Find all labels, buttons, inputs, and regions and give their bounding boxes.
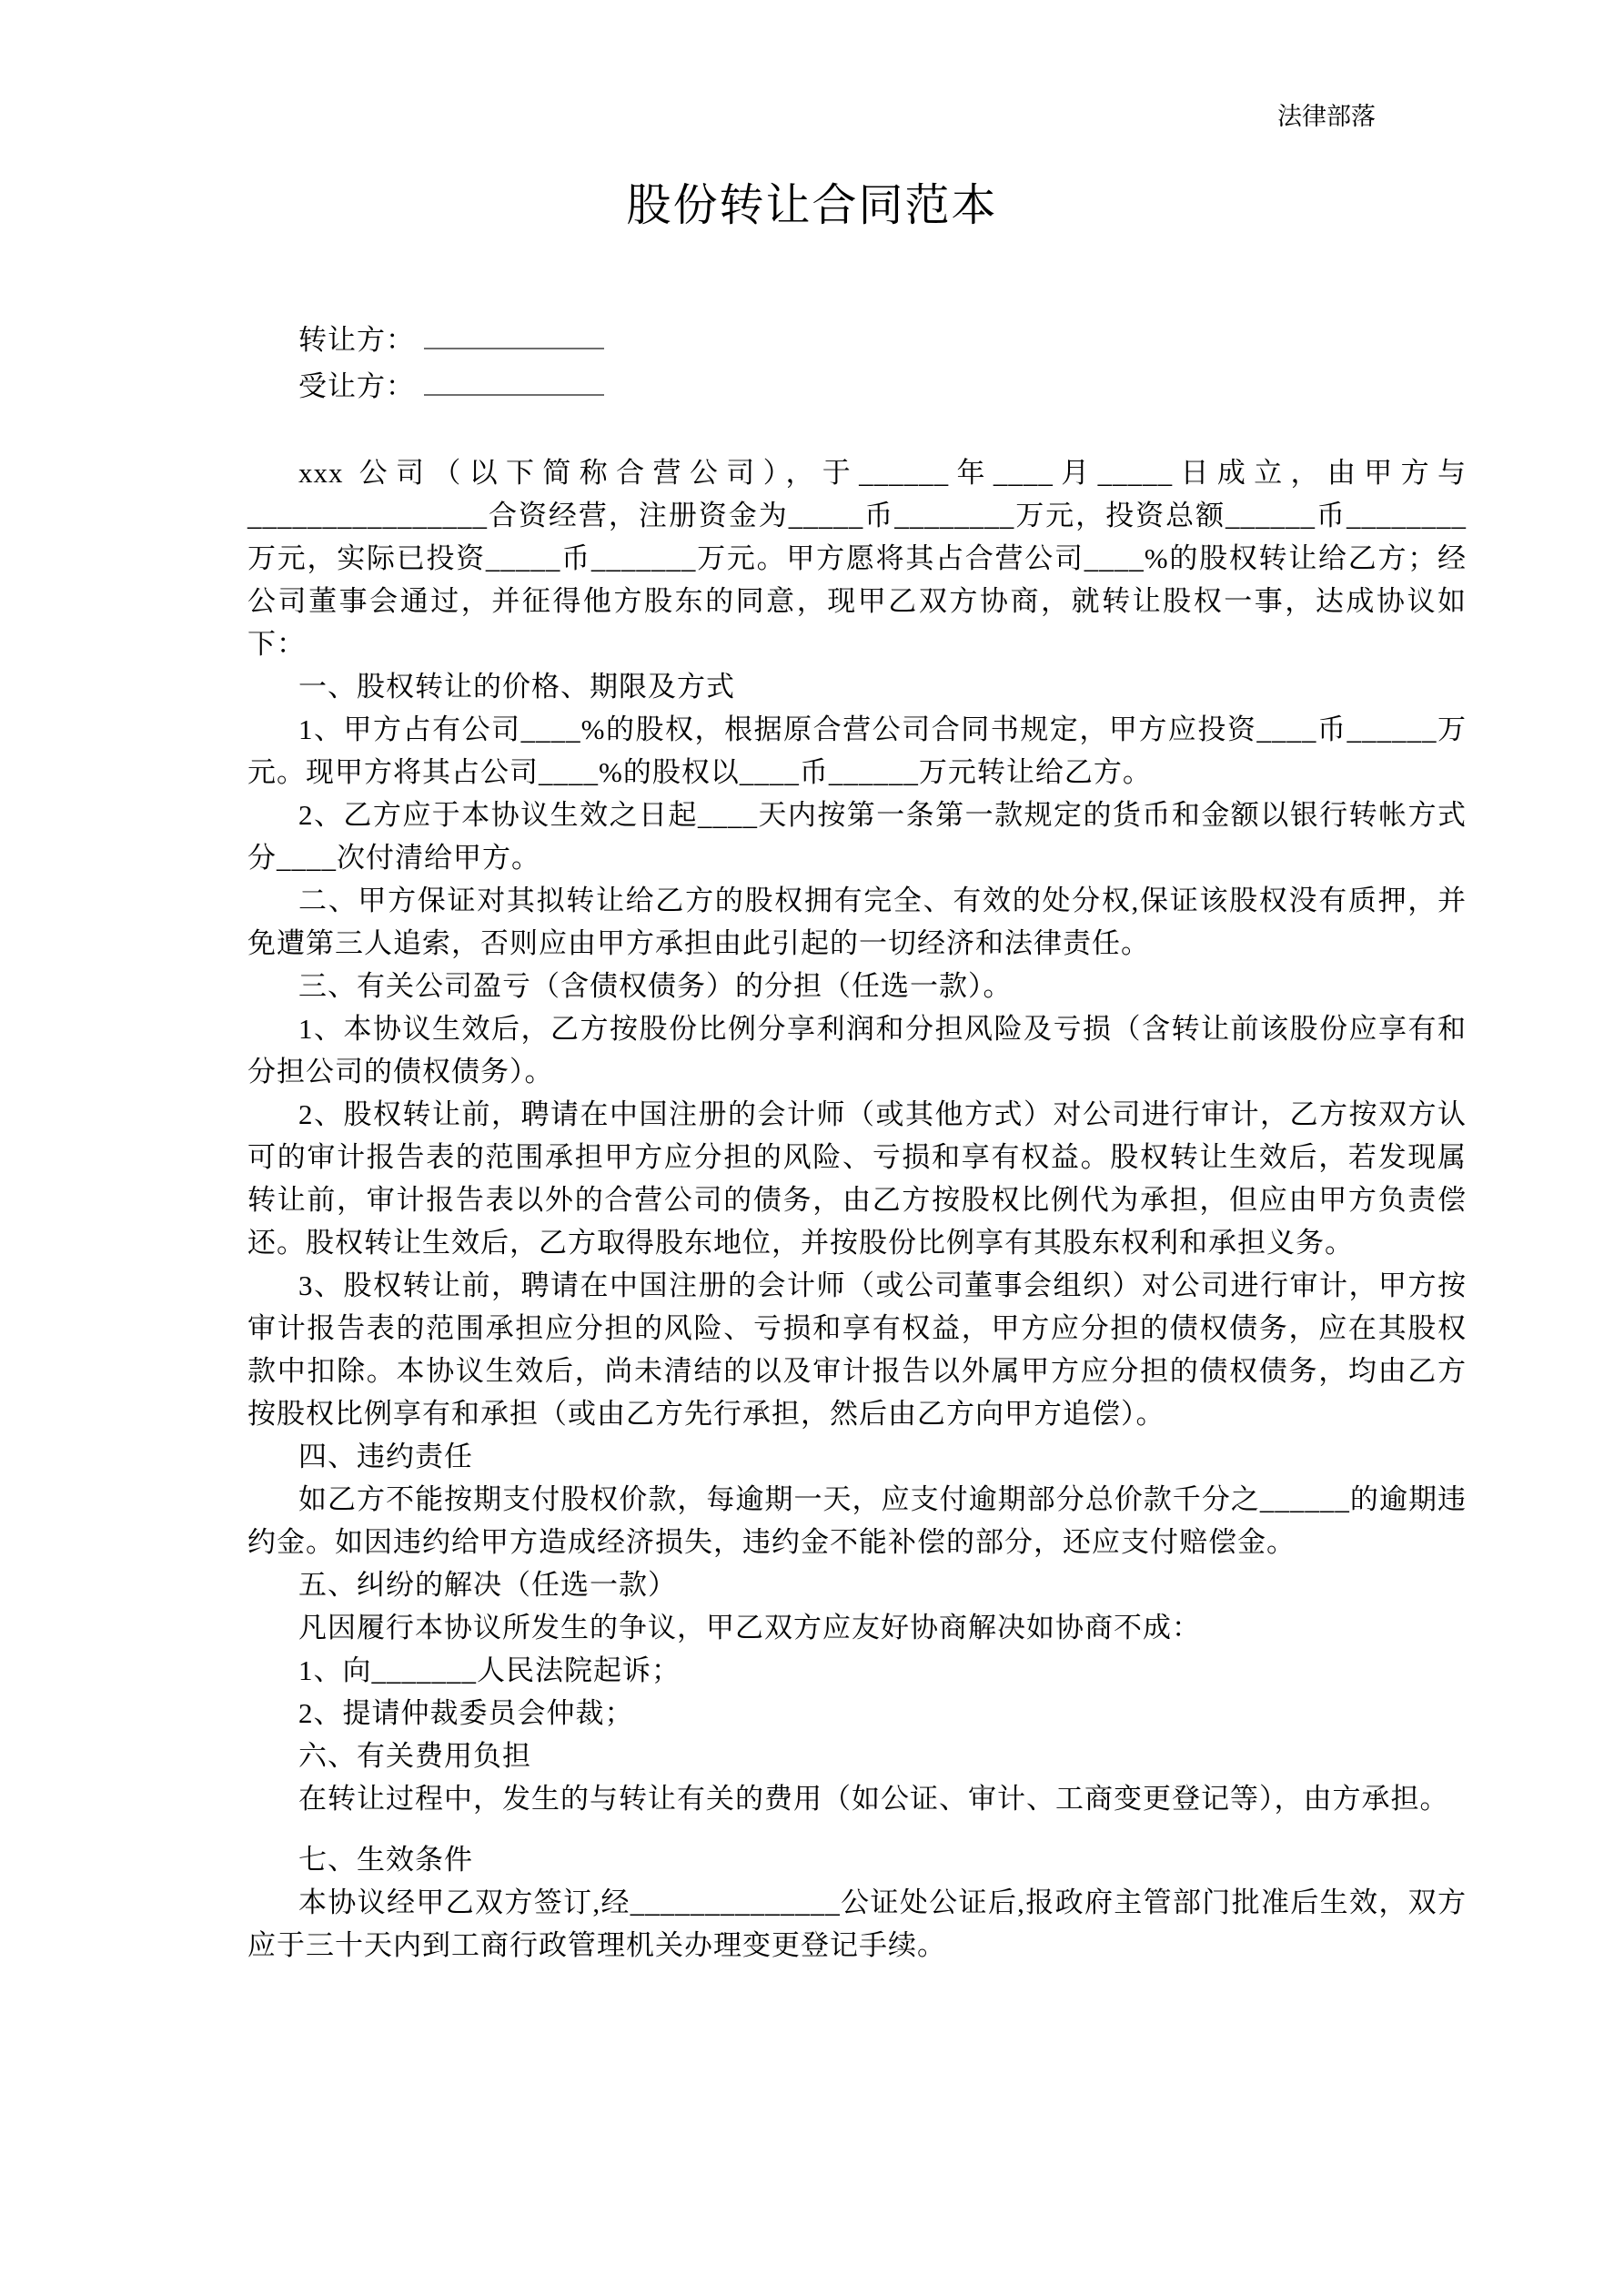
paragraph: 二、甲方保证对其拟转让给乙方的股权拥有完全、有效的处分权,保证该股权没有质押，并… (247, 879, 1467, 965)
document-page: 法律部落 股份转让合同范本 转让方：受让方： xxx 公司（以下简称合营公司），… (0, 0, 1624, 2296)
blank-underline (424, 317, 604, 349)
paragraph: 1、本协议生效后，乙方按股份比例分享利润和分担风险及亏损（含转让前该股份应享有和… (247, 1007, 1467, 1093)
paragraph: xxx 公司（以下简称合营公司），于______年____月_____日成立，由… (247, 451, 1467, 665)
party-line: 转让方： (247, 317, 1467, 363)
paragraph: 1、向_______人民法院起诉； (247, 1649, 1467, 1692)
section-heading: 七、生效条件 (247, 1838, 1467, 1881)
document-body: 转让方：受让方： xxx 公司（以下简称合营公司），于______年____月_… (247, 317, 1467, 1967)
paragraph: 如乙方不能按期支付股权价款，每逾期一天，应支付逾期部分总价款千分之______的… (247, 1478, 1467, 1563)
blank-underline (424, 363, 604, 396)
section-heading: 一、股权转让的价格、期限及方式 (247, 665, 1467, 708)
paragraph: 1、甲方占有公司____%的股权，根据原合营公司合同书规定，甲方应投资____币… (247, 708, 1467, 794)
paragraphs: xxx 公司（以下简称合营公司），于______年____月_____日成立，由… (247, 451, 1467, 1967)
party-line: 受让方： (247, 363, 1467, 410)
paragraph: 凡因履行本协议所发生的争议，甲乙双方应友好协商解决如协商不成： (247, 1606, 1467, 1649)
paragraph: 本协议经甲乙双方签订,经______________公证处公证后,报政府主管部门… (247, 1881, 1467, 1967)
party-label: 受让方： (298, 370, 415, 402)
paragraph: 3、股权转让前，聘请在中国注册的会计师（或公司董事会组织）对公司进行审计，甲方按… (247, 1264, 1467, 1435)
section-heading: 五、纠纷的解决（任选一款） (247, 1563, 1467, 1606)
paragraph: 2、股权转让前，聘请在中国注册的会计师（或其他方式）对公司进行审计，乙方按双方认… (247, 1093, 1467, 1264)
paragraph: 在转让过程中，发生的与转让有关的费用（如公证、审计、工商变更登记等），由方承担。 (247, 1777, 1467, 1820)
paragraph: 2、乙方应于本协议生效之日起____天内按第一条第一款规定的货币和金额以银行转帐… (247, 794, 1467, 879)
section-heading: 六、有关费用负担 (247, 1735, 1467, 1777)
parties: 转让方：受让方： (247, 317, 1467, 410)
page-title: 股份转让合同范本 (0, 178, 1624, 233)
paragraph: 2、提请仲裁委员会仲裁； (247, 1692, 1467, 1735)
section-heading: 四、违约责任 (247, 1435, 1467, 1478)
section-heading: 三、有关公司盈亏（含债权债务）的分担（任选一款）。 (247, 965, 1467, 1007)
site-label: 法律部落 (0, 102, 1624, 131)
party-label: 转让方： (298, 324, 415, 356)
